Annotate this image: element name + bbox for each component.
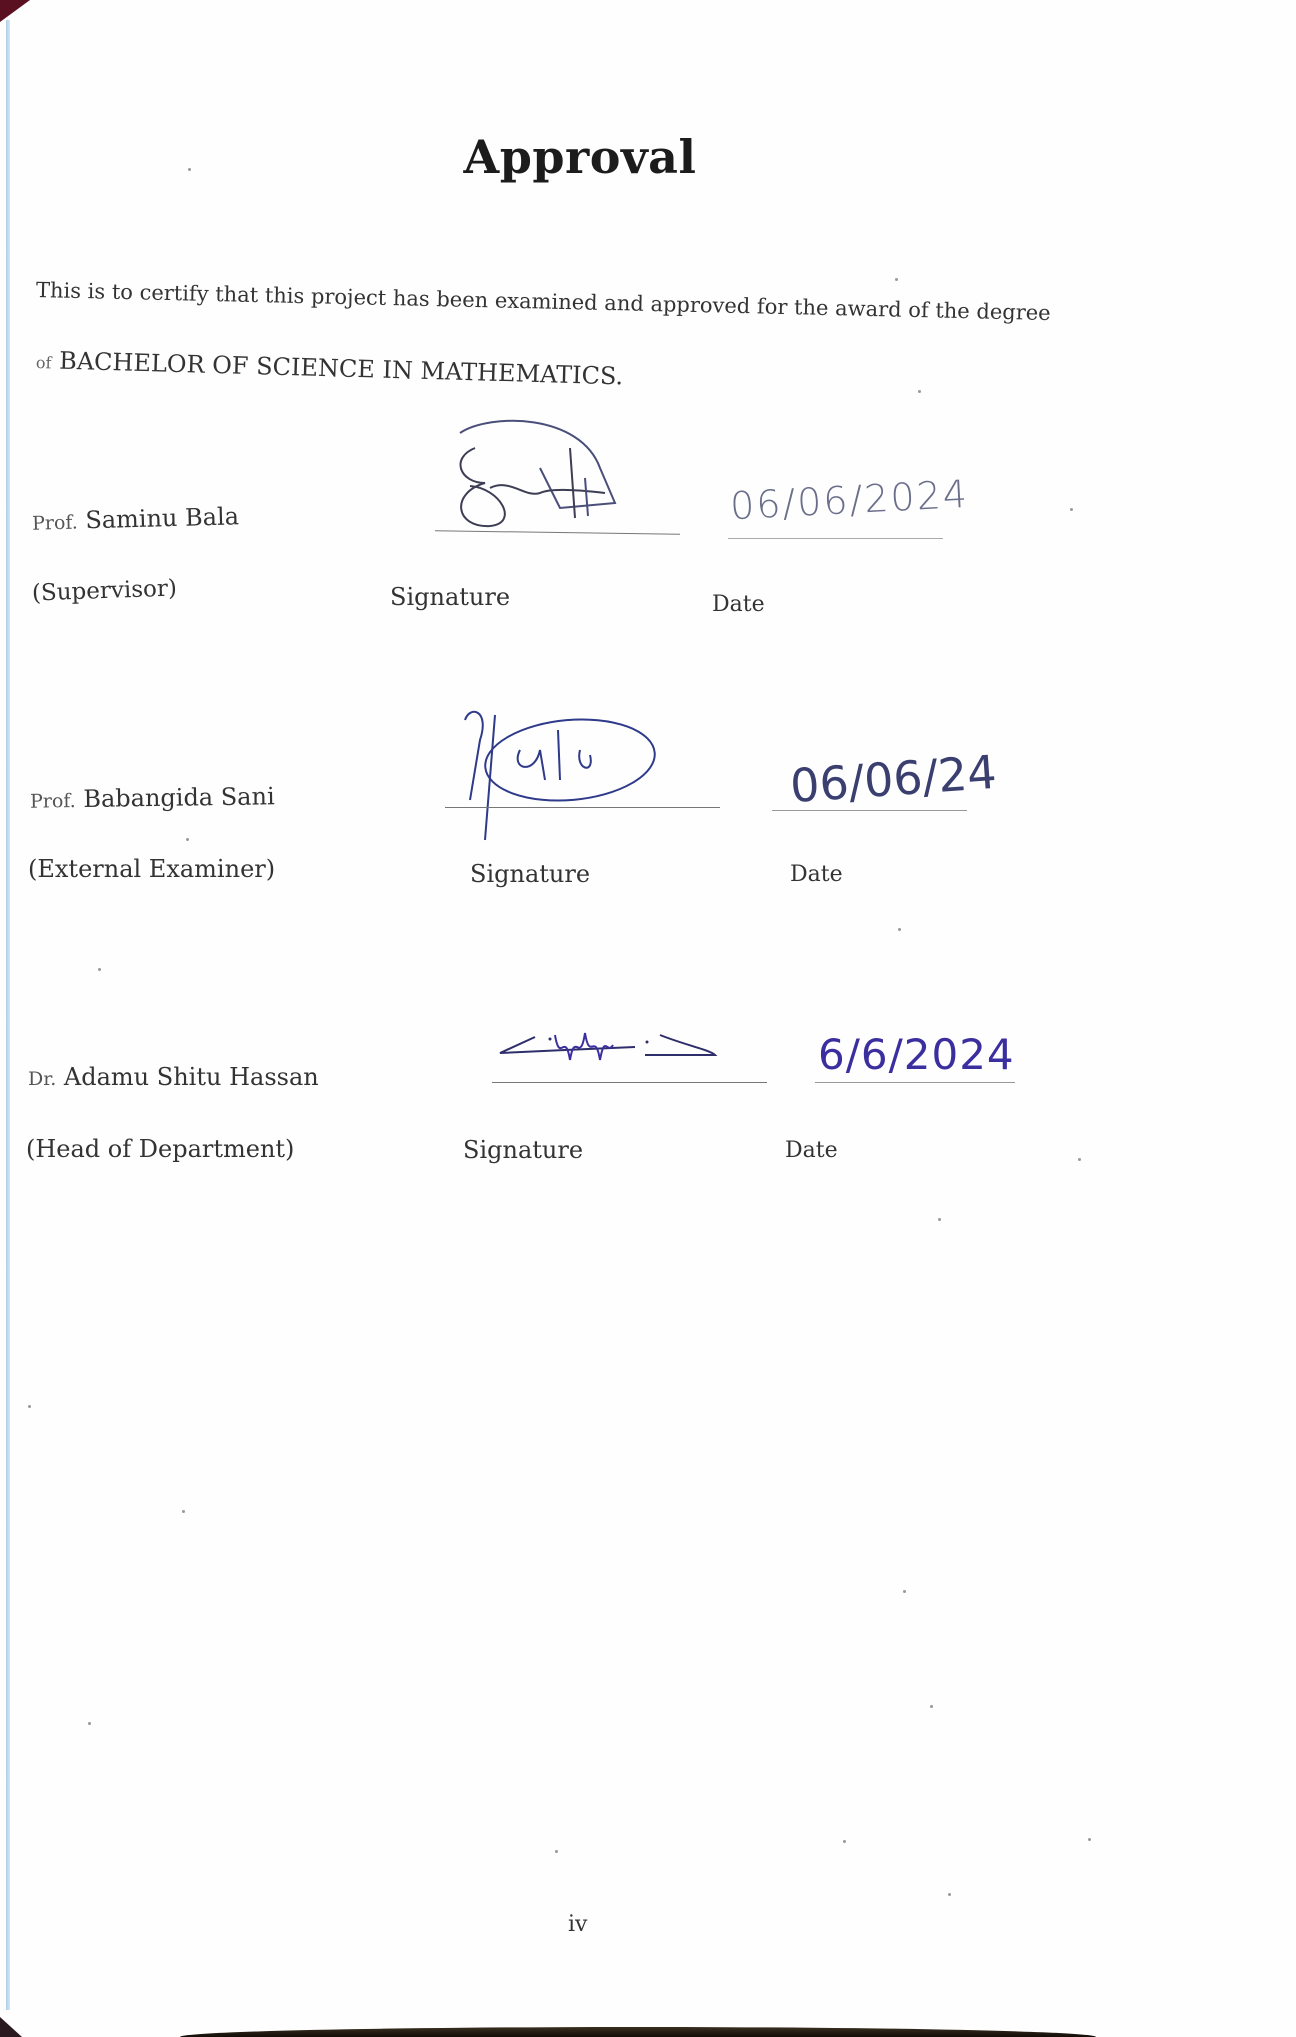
approver-title-prefix: Prof.: [32, 512, 78, 535]
certification-text-line-2: of BACHELOR OF SCIENCE IN MATHEMATICS.: [36, 346, 624, 390]
page-corner-decoration-bottom: [0, 2017, 22, 2037]
scan-speck: [895, 278, 898, 281]
approver-name: Adamu Shitu Hassan: [64, 1063, 319, 1091]
scan-speck: [555, 1850, 558, 1853]
date-line-head-of-department: [815, 1082, 1015, 1083]
approver-role-external-examiner: (External Examiner): [28, 855, 275, 883]
page-left-edge: [6, 20, 10, 2010]
scan-speck: [930, 1705, 933, 1708]
scan-speck: [843, 1840, 846, 1843]
scan-speck: [188, 168, 191, 171]
approver-role-supervisor: (Supervisor): [32, 575, 178, 606]
certification-text-line-1: This is to certify that this project has…: [36, 278, 1051, 325]
approver-title-prefix: Prof.: [30, 790, 76, 813]
signature-label-head-of-department: Signature: [463, 1136, 583, 1164]
date-line-supervisor: [728, 538, 943, 539]
document-page: Approval This is to certify that this pr…: [0, 0, 1296, 2037]
approver-name: Saminu Bala: [85, 502, 239, 534]
approver-name-supervisor: Prof. Saminu Bala: [32, 502, 240, 535]
scan-speck: [948, 1893, 951, 1896]
scan-speck: [182, 1510, 185, 1513]
scan-speck: [1070, 508, 1073, 511]
date-line-external-examiner: [772, 810, 967, 811]
approver-role-head-of-department: (Head of Department): [26, 1135, 294, 1163]
scan-speck: [186, 838, 189, 841]
signature-line-head-of-department: [492, 1082, 767, 1083]
signature-mark-supervisor: [430, 408, 700, 538]
signature-mark-external-examiner: [440, 700, 680, 850]
date-label-external-examiner: Date: [790, 862, 843, 887]
scan-speck: [938, 1218, 941, 1221]
signature-mark-head-of-department: [495, 1025, 725, 1075]
scan-speck: [898, 928, 901, 931]
scan-speck: [88, 1722, 91, 1725]
approver-name-external-examiner: Prof. Babangida Sani: [30, 782, 275, 813]
approver-name: Babangida Sani: [83, 782, 275, 813]
signature-label-supervisor: Signature: [390, 583, 510, 611]
scan-speck: [28, 1405, 31, 1408]
signature-label-external-examiner: Signature: [470, 860, 590, 888]
scan-speck: [1078, 1158, 1081, 1161]
degree-name: BACHELOR OF SCIENCE IN MATHEMATICS.: [59, 347, 624, 391]
certification-prefix: of: [36, 353, 52, 372]
scan-speck: [918, 390, 921, 393]
page-bottom-shadow: [180, 2027, 1096, 2037]
page-title: Approval: [0, 130, 1160, 184]
handwritten-date-supervisor: 06/06/2024: [729, 472, 970, 528]
date-label-supervisor: Date: [712, 592, 765, 617]
handwritten-date-head-of-department: 6/6/2024: [818, 1030, 1015, 1079]
page-number: iv: [568, 1912, 587, 1937]
approver-title-prefix: Dr.: [28, 1068, 56, 1090]
scan-speck: [98, 968, 101, 971]
page-corner-decoration: [0, 0, 30, 22]
scan-speck: [903, 1590, 906, 1593]
approver-name-head-of-department: Dr. Adamu Shitu Hassan: [28, 1063, 319, 1091]
signature-line-external-examiner: [445, 807, 720, 808]
handwritten-date-external-examiner: 06/06/24: [788, 745, 998, 813]
scan-speck: [1088, 1838, 1091, 1841]
date-label-head-of-department: Date: [785, 1138, 838, 1163]
